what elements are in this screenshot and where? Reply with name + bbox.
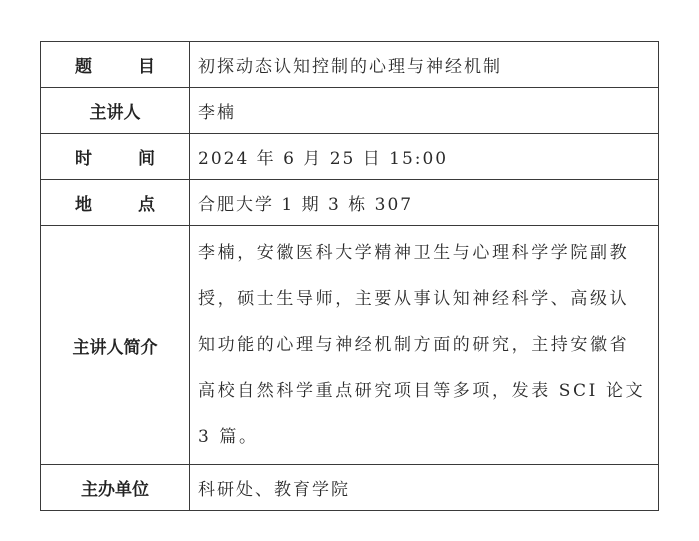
label-time: 时 间 bbox=[41, 134, 190, 180]
table-row-speaker-bio: 主讲人简介 李楠，安徽医科大学精神卫生与心理科学学院副教 授，硕士生导师，主要从… bbox=[41, 226, 659, 465]
table-row-topic: 题 目 初探动态认知控制的心理与神经机制 bbox=[41, 42, 659, 88]
table-row-organizer: 主办单位 科研处、教育学院 bbox=[41, 465, 659, 511]
bio-line: 授，硕士生导师，主要从事认知神经科学、高级认 bbox=[198, 276, 650, 322]
value-speaker-bio: 李楠，安徽医科大学精神卫生与心理科学学院副教 授，硕士生导师，主要从事认知神经科… bbox=[190, 226, 659, 465]
table-row-time: 时 间 2024 年 6 月 25 日 15:00 bbox=[41, 134, 659, 180]
label-location: 地 点 bbox=[41, 180, 190, 226]
label-speaker-bio: 主讲人简介 bbox=[41, 226, 190, 465]
lecture-info-table: 题 目 初探动态认知控制的心理与神经机制 主讲人 李楠 时 间 2024 年 6… bbox=[40, 41, 659, 511]
bio-line: 高校自然科学重点研究项目等多项，发表 SCI 论文 bbox=[198, 368, 650, 414]
value-organizer: 科研处、教育学院 bbox=[190, 465, 659, 511]
label-topic: 题 目 bbox=[41, 42, 190, 88]
bio-line: 李楠，安徽医科大学精神卫生与心理科学学院副教 bbox=[198, 230, 650, 276]
value-speaker: 李楠 bbox=[190, 88, 659, 134]
label-organizer: 主办单位 bbox=[41, 465, 190, 511]
bio-line: 3 篇。 bbox=[198, 414, 650, 460]
value-topic: 初探动态认知控制的心理与神经机制 bbox=[190, 42, 659, 88]
value-time: 2024 年 6 月 25 日 15:00 bbox=[190, 134, 659, 180]
bio-line: 知功能的心理与神经机制方面的研究，主持安徽省 bbox=[198, 322, 650, 368]
value-location: 合肥大学 1 期 3 栋 307 bbox=[190, 180, 659, 226]
table-row-location: 地 点 合肥大学 1 期 3 栋 307 bbox=[41, 180, 659, 226]
label-speaker: 主讲人 bbox=[41, 88, 190, 134]
table-row-speaker: 主讲人 李楠 bbox=[41, 88, 659, 134]
